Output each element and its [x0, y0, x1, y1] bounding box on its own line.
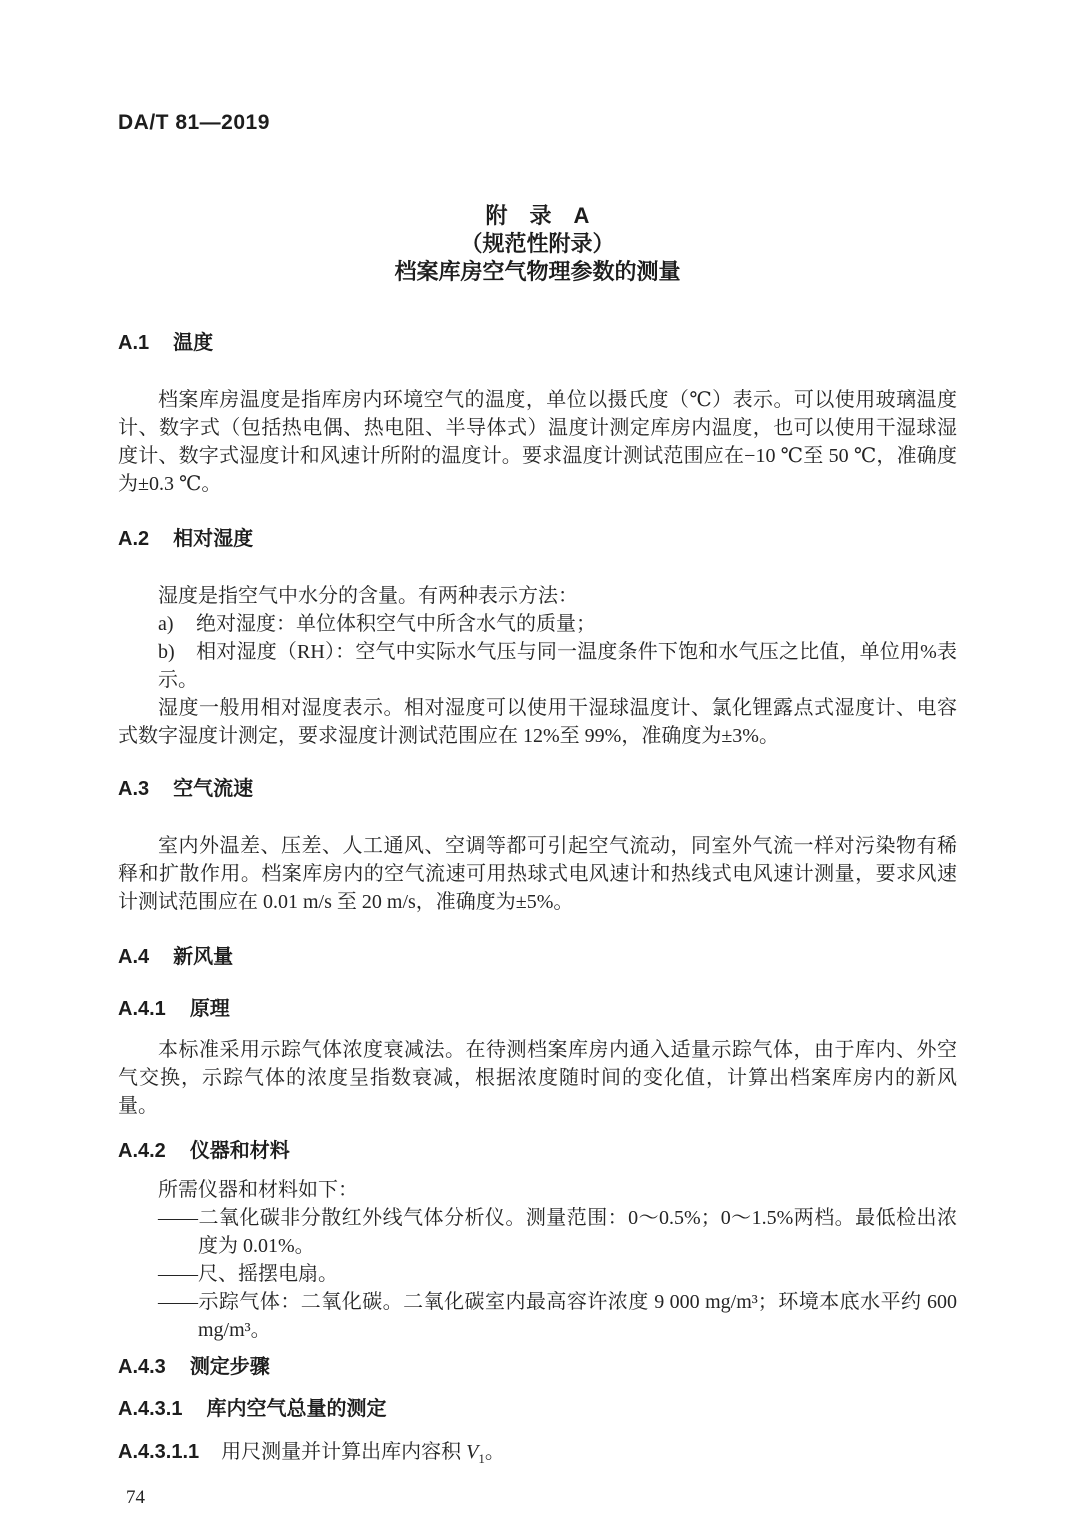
clause-a4311-text: 用尺测量并计算出库内容积: [221, 1441, 466, 1463]
section-a4-number: A.4: [118, 946, 149, 968]
appendix-label: 附 录 A: [118, 202, 957, 230]
material-item-text: 示踪气体：二氧化碳。二氧化碳室内最高容许浓度 9 000 mg/m³；环境本底水…: [198, 1291, 957, 1341]
page-content: DA/T 81—2019 附 录 A （规范性附录） 档案库房空气物理参数的测量…: [118, 0, 957, 1511]
section-a41-title: 原理: [190, 998, 230, 1020]
material-item-dash: ——: [158, 1263, 198, 1285]
standard-code: DA/T 81—2019: [118, 110, 957, 136]
section-a431-title: 库内空气总量的测定: [206, 1398, 386, 1420]
section-a3-heading: A.3空气流速: [118, 776, 957, 802]
section-a1-title: 温度: [173, 332, 213, 354]
page-number: 74: [118, 1485, 957, 1511]
item-a-text: 绝对湿度：单位体积空气中所含水气的质量；: [196, 613, 596, 635]
document-page: DA/T 81—2019 附 录 A （规范性附录） 档案库房空气物理参数的测量…: [0, 0, 1080, 1520]
section-a431-heading: A.4.3.1库内空气总量的测定: [118, 1396, 957, 1422]
section-a41-number: A.4.1: [118, 998, 166, 1020]
section-a42-lead: 所需仪器和材料如下：: [118, 1176, 957, 1204]
appendix-title: 档案库房空气物理参数的测量: [118, 258, 957, 286]
appendix-heading: 附 录 A （规范性附录） 档案库房空气物理参数的测量: [118, 202, 957, 286]
section-a42-number: A.4.2: [118, 1140, 166, 1162]
section-a42-heading: A.4.2仪器和材料: [118, 1138, 957, 1164]
section-a2-title: 相对湿度: [173, 528, 253, 550]
material-item-text: 二氧化碳非分散红外线气体分析仪。测量范围：0～0.5%；0～1.5%两档。最低检…: [198, 1207, 957, 1257]
volume-variable: V: [466, 1441, 478, 1463]
clause-a4311-period: 。: [485, 1441, 505, 1463]
section-a2-number: A.2: [118, 528, 149, 550]
appendix-type-note: （规范性附录）: [118, 230, 957, 258]
material-item-analyzer: ——二氧化碳非分散红外线气体分析仪。测量范围：0～0.5%；0～1.5%两档。最…: [118, 1204, 957, 1260]
section-a431-number: A.4.3.1: [118, 1398, 182, 1420]
section-a3-paragraph: 室内外温差、压差、人工通风、空调等都可引起空气流动，同室外气流一样对污染物有稀释…: [118, 832, 957, 916]
item-a-marker: a): [158, 610, 196, 638]
section-a43-number: A.4.3: [118, 1356, 166, 1378]
humidity-item-b: b)相对湿度（RH）：空气中实际水气压与同一温度条件下饱和水气压之比值，单位用%…: [118, 638, 957, 694]
section-a3-number: A.3: [118, 778, 149, 800]
section-a41-heading: A.4.1原理: [118, 996, 957, 1022]
section-a2-paragraph: 湿度一般用相对湿度表示。相对湿度可以使用干湿球温度计、氯化锂露点式湿度计、电容式…: [118, 694, 957, 750]
clause-a4311: A.4.3.1.1用尺测量并计算出库内容积 V1。: [118, 1438, 957, 1473]
section-a1-heading: A.1温度: [118, 330, 957, 356]
material-item-dash: ——: [158, 1207, 198, 1229]
section-a3-title: 空气流速: [173, 778, 253, 800]
item-b-marker: b): [158, 638, 196, 666]
section-a2-lead: 湿度是指空气中水分的含量。有两种表示方法：: [118, 582, 957, 610]
section-a1-number: A.1: [118, 332, 149, 354]
material-item-ruler-fan: ——尺、摇摆电扇。: [118, 1260, 957, 1288]
section-a42-title: 仪器和材料: [190, 1140, 290, 1162]
section-a43-heading: A.4.3测定步骤: [118, 1354, 957, 1380]
material-item-text: 尺、摇摆电扇。: [198, 1263, 338, 1285]
material-item-dash: ——: [158, 1291, 198, 1313]
material-item-tracer-gas: ——示踪气体：二氧化碳。二氧化碳室内最高容许浓度 9 000 mg/m³；环境本…: [118, 1288, 957, 1344]
section-a2-heading: A.2相对湿度: [118, 526, 957, 552]
item-b-text: 相对湿度（RH）：空气中实际水气压与同一温度条件下饱和水气压之比值，单位用%表示…: [158, 641, 957, 691]
clause-a4311-number: A.4.3.1.1: [118, 1441, 199, 1463]
section-a4-heading: A.4新风量: [118, 944, 957, 970]
section-a41-paragraph: 本标准采用示踪气体浓度衰减法。在待测档案库房内通入适量示踪气体，由于库内、外空气…: [118, 1036, 957, 1120]
humidity-item-a: a)绝对湿度：单位体积空气中所含水气的质量；: [118, 610, 957, 638]
section-a1-paragraph: 档案库房温度是指库房内环境空气的温度，单位以摄氏度（℃）表示。可以使用玻璃温度计…: [118, 386, 957, 498]
section-a4-title: 新风量: [173, 946, 233, 968]
section-a43-title: 测定步骤: [190, 1356, 270, 1378]
